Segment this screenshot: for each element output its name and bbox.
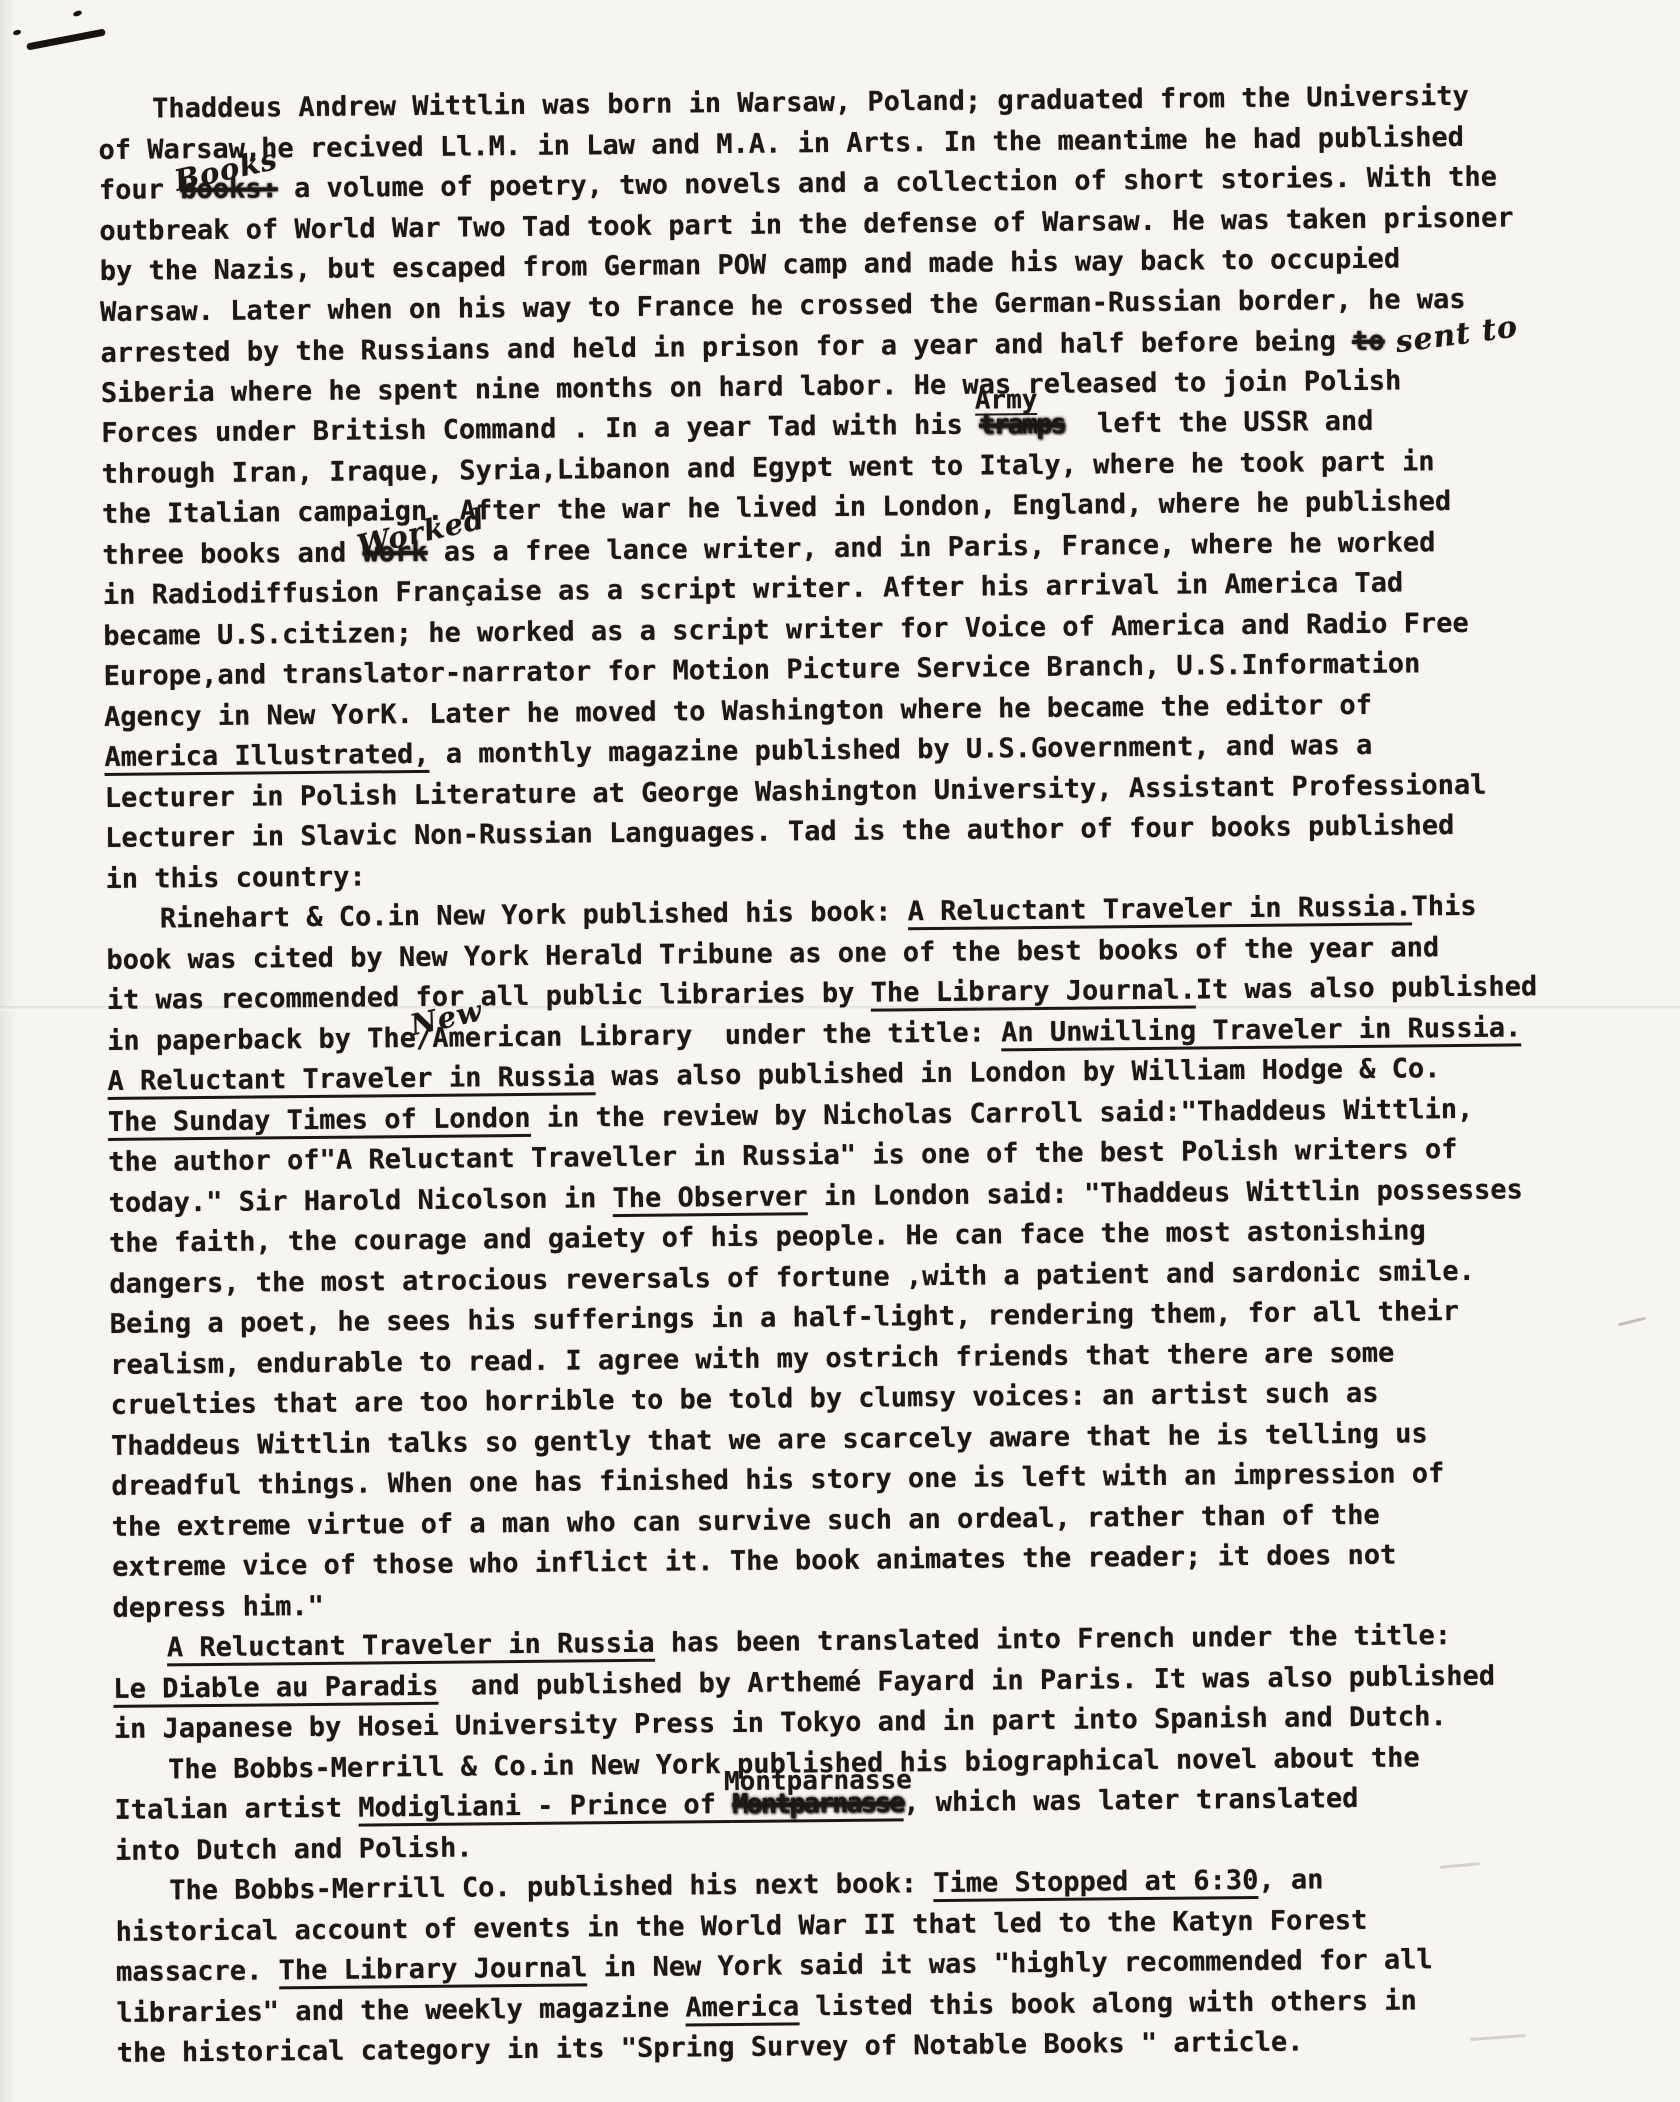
text-segment: in paperback by The <box>107 1022 416 1056</box>
text-segment: three books and <box>102 537 362 570</box>
text-segment: listed this book along with others in <box>799 1985 1417 2022</box>
underlined-title: A Reluctant Traveler in Russia <box>167 1628 655 1667</box>
underlined-title: Le Diable au Paradis <box>113 1670 438 1707</box>
text-segment: in London said: "Thaddeus Wittlin posses… <box>808 1174 1524 1212</box>
text-segment: This <box>1411 891 1476 923</box>
underlined-title: A Reluctant Traveler in Russia <box>107 1061 595 1100</box>
text-segment: as a free lance writer, and in Paris, Fr… <box>427 527 1435 568</box>
text-segment: in Radiodiffusion Française as a script … <box>103 567 1404 610</box>
text-segment: the author of"A Reluctant Traveller in R… <box>108 1134 1457 1178</box>
text-segment: depress him." <box>112 1590 324 1623</box>
ink-dot <box>72 10 82 18</box>
text-segment: in this country: <box>105 861 365 894</box>
scanner-edge-shadow <box>0 0 16 2102</box>
handwritten-dash-mark <box>26 28 106 50</box>
text-segment: it was recommended for all public librar… <box>107 978 871 1016</box>
text-segment: the extreme virtue of a man who can surv… <box>112 1499 1380 1542</box>
text-segment: a volume of poetry, two novels and a col… <box>278 162 1497 205</box>
text-segment: dreadful things. When one has finished h… <box>111 1458 1444 1502</box>
text-segment: Siberia where he spent nine months on ha… <box>101 365 1402 408</box>
text-segment: Europe,and translator-narrator for Motio… <box>103 648 1420 692</box>
text-segment: through Iran, Iraque, Syria,Libanon and … <box>102 446 1435 490</box>
text-segment: massacre. <box>116 1955 279 1988</box>
underlined-title: A Reluctant Traveler in Russia. <box>908 891 1412 930</box>
text-segment: by the Nazis, but escaped from German PO… <box>100 244 1401 287</box>
underlined-title: The Library Journal. <box>871 975 1196 1012</box>
text-segment: was also published in London by William … <box>595 1053 1441 1092</box>
text-segment: has been translated into French under th… <box>654 1620 1451 1659</box>
ink-dot <box>12 29 21 36</box>
text-segment: four <box>99 174 181 206</box>
text-segment: cruelties that are too horrible to be to… <box>110 1378 1378 1421</box>
text-segment: historical account of events in the Worl… <box>116 1904 1368 1947</box>
text-segment: Lecturer in Slavic Non-Russian Languages… <box>105 810 1454 854</box>
annotated-word: Workedwork <box>362 532 427 573</box>
text-segment: libraries" and the weekly magazine <box>116 1992 685 2028</box>
text-segment: Rinehart & Co.in New York published his … <box>160 896 908 934</box>
text-segment: Agency in New YorK. Later he moved to Wa… <box>104 689 1372 732</box>
text-segment: in the review by Nicholas Carroll said:"… <box>530 1093 1473 1133</box>
annotated-word: MontparnasseMontparnasse <box>732 1783 903 1825</box>
text-segment: left the USSR and <box>1064 406 1373 440</box>
underlined-title: America <box>685 1991 799 2026</box>
annotated-word: New/ <box>416 1018 433 1059</box>
typed-correction: Army <box>975 387 1038 416</box>
underlined-title: An Unwilling Traveler in Russia. <box>1001 1012 1521 1051</box>
text-segment: Forces under British Command . In a year… <box>101 410 979 449</box>
annotated-word: Booksbooks: <box>180 169 278 210</box>
text-segment: Being a poet, he sees his sufferings in … <box>110 1296 1459 1340</box>
text-segment: the faith, the courage and gaiety of his… <box>109 1215 1426 1259</box>
text-segment: It was also published <box>1196 971 1538 1005</box>
typed-correction: Montparnasse <box>724 1767 912 1795</box>
text-segment: in Japanese by Hosei University Press in… <box>114 1701 1447 1745</box>
text-segment: the historical category in its "Spring S… <box>117 2027 1304 2069</box>
text-segment: arrested by the Russians and held in pri… <box>100 326 1352 369</box>
underlined-title: Modigliani - Prince of <box>358 1789 732 1827</box>
text-segment: , which was later translated <box>903 1783 1358 1818</box>
underlined-title: Time Stopped at 6:30 <box>933 1865 1258 1902</box>
document-body: Thaddeus Andrew Wittlin was born in Wars… <box>98 75 1662 2074</box>
text-segment: and published by Arthemé Fayard in Paris… <box>438 1660 1495 1701</box>
text-segment: Thaddeus Andrew Wittlin was born in Wars… <box>152 81 1469 125</box>
underlined-title: America Illustrated, <box>104 739 429 776</box>
text-segment: American Library under the title: <box>432 1017 1001 1053</box>
text-segment: into Dutch and Polish. <box>115 1832 473 1866</box>
text-segment: Italian artist <box>114 1793 358 1826</box>
text-segment: extreme vice of those who inflict it. Th… <box>112 1540 1396 1583</box>
text-segment: Thaddeus Wittlin talks so gently that we… <box>111 1418 1428 1462</box>
underlined-title: The Library Journal <box>278 1952 587 1989</box>
annotated-word: Armytramps <box>979 405 1065 446</box>
text-segment: book was cited by New York Herald Tribun… <box>106 932 1439 976</box>
text-segment: realism, endurable to read. I agree with… <box>110 1337 1394 1380</box>
text-segment: today." Sir Harold Nicolson in <box>109 1183 613 1219</box>
struck-out-word: to <box>1352 326 1385 357</box>
text-segment: The Bobbs-Merrill Co. published his next… <box>169 1868 933 1906</box>
text-segment: the Italian campaign. After the war he l… <box>102 486 1451 530</box>
text-segment: a monthly magazine published by U.S.Gove… <box>429 730 1372 770</box>
underlined-title: The Observer <box>612 1181 807 1217</box>
underlined-title: The Sunday Times of London <box>108 1102 531 1140</box>
text-segment: , an <box>1258 1864 1323 1896</box>
text-segment: in New York said it was "highly recommen… <box>587 1944 1433 1983</box>
